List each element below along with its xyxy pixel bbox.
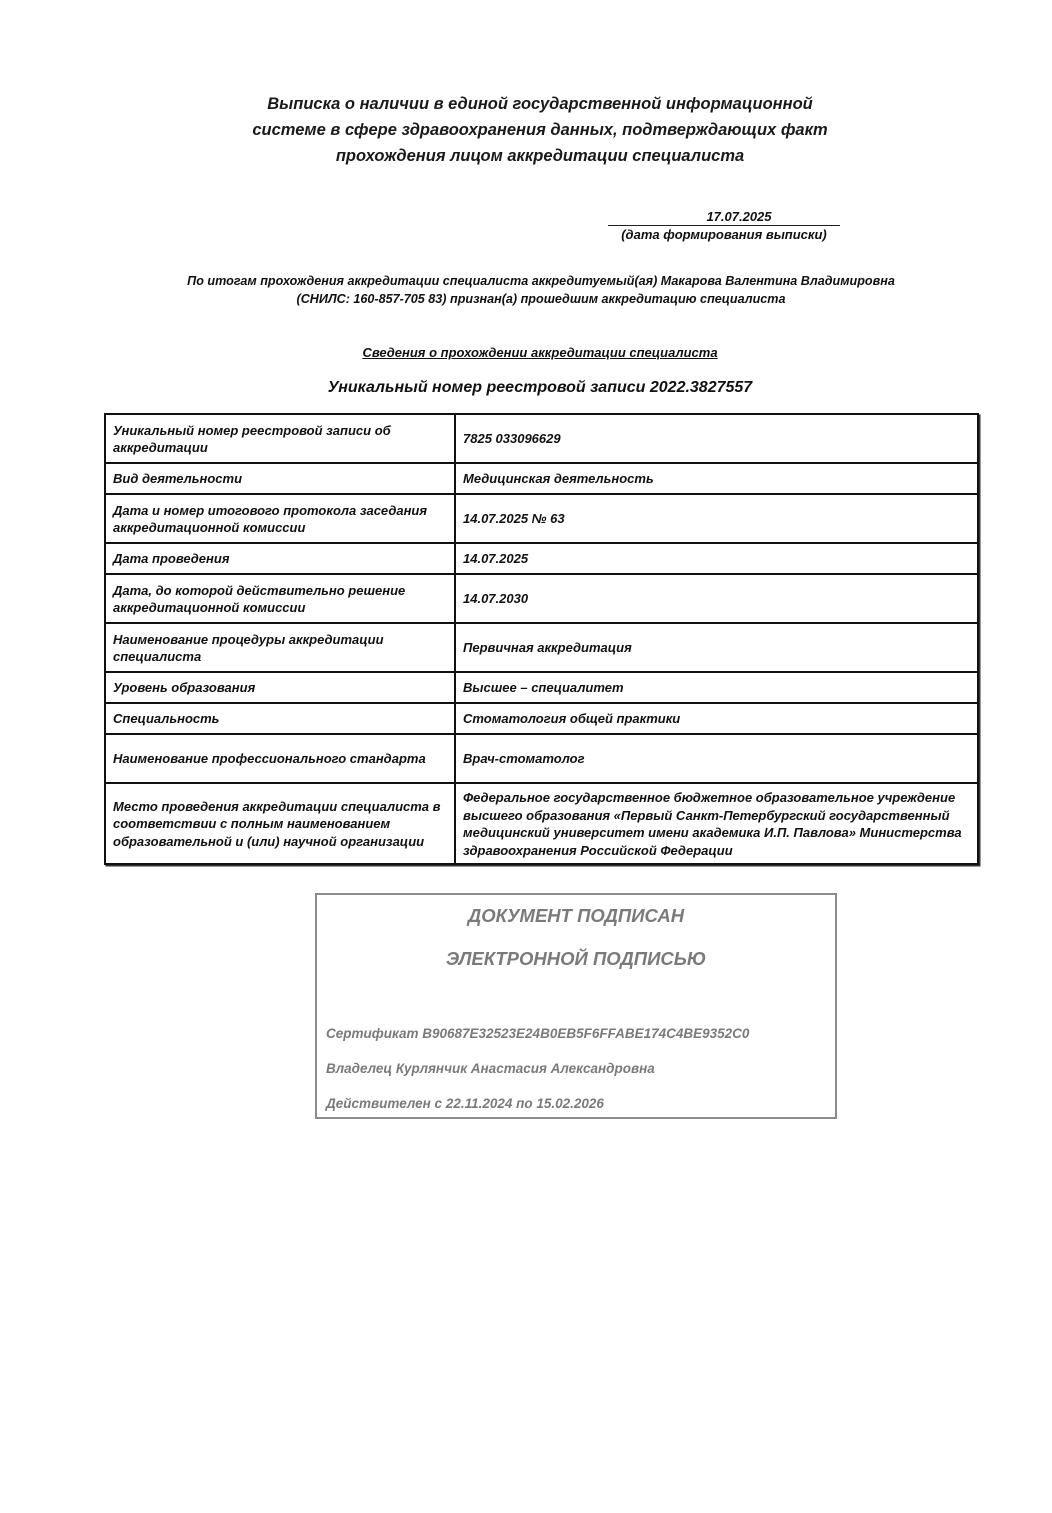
electronic-signature-stamp: ДОКУМЕНТ ПОДПИСАН ЭЛЕКТРОННОЙ ПОДПИСЬЮ С… (315, 893, 837, 1119)
row-label: Дата проведения (105, 543, 455, 574)
extract-date-caption: (дата формирования выписки) (608, 226, 840, 243)
table-row: Дата проведения 14.07.2025 (105, 543, 978, 574)
row-label: Уровень образования (105, 672, 455, 703)
row-label: Место проведения аккредитации специалист… (105, 783, 455, 864)
registry-number-heading: Уникальный номер реестровой записи 2022.… (200, 379, 880, 397)
row-value: Первичная аккредитация (455, 623, 978, 672)
table-row: Наименование профессионального стандарта… (105, 734, 978, 783)
stamp-owner: Владелец Курлянчик Анастасия Александров… (326, 1061, 655, 1076)
row-label: Специальность (105, 703, 455, 734)
section-heading: Сведения о прохождении аккредитации спец… (240, 345, 840, 360)
stamp-certificate: Сертификат B90687E32523E24B0EB5F6FFABE17… (326, 1026, 749, 1041)
row-value: 14.07.2030 (455, 574, 978, 623)
table-row: Дата и номер итогового протокола заседан… (105, 494, 978, 543)
table-row: Наименование процедуры аккредитации спец… (105, 623, 978, 672)
row-value: 14.07.2025 № 63 (455, 494, 978, 543)
intro-paragraph: По итогам прохождения аккредитации специ… (110, 273, 972, 308)
row-value: Федеральное государственное бюджетное об… (455, 783, 978, 864)
intro-line: (СНИЛС: 160-857-705 83) признан(а) проше… (110, 291, 972, 309)
table-row: Специальность Стоматология общей практик… (105, 703, 978, 734)
stamp-validity: Действителен с 22.11.2024 по 15.02.2026 (326, 1096, 604, 1111)
extract-date-block: 17.07.2025 (дата формирования выписки) (608, 208, 840, 243)
row-label: Наименование процедуры аккредитации спец… (105, 623, 455, 672)
accreditation-table: Уникальный номер реестровой записи об ак… (104, 413, 979, 865)
stamp-heading-line2: ЭЛЕКТРОННОЙ ПОДПИСЬЮ (317, 948, 835, 970)
row-value: 7825 033096629 (455, 414, 978, 463)
row-label: Наименование профессионального стандарта (105, 734, 455, 783)
stamp-heading-line1: ДОКУМЕНТ ПОДПИСАН (317, 905, 835, 927)
intro-line: По итогам прохождения аккредитации специ… (110, 273, 972, 291)
row-label: Уникальный номер реестровой записи об ак… (105, 414, 455, 463)
row-value: Стоматология общей практики (455, 703, 978, 734)
row-value: Врач-стоматолог (455, 734, 978, 783)
row-value: Медицинская деятельность (455, 463, 978, 494)
row-label: Дата и номер итогового протокола заседан… (105, 494, 455, 543)
row-label: Вид деятельности (105, 463, 455, 494)
document-title-line: системе в сфере здравоохранения данных, … (180, 117, 900, 143)
table-row: Уровень образования Высшее – специалитет (105, 672, 978, 703)
row-label: Дата, до которой действительно решение а… (105, 574, 455, 623)
table-row: Место проведения аккредитации специалист… (105, 783, 978, 864)
table-row: Уникальный номер реестровой записи об ак… (105, 414, 978, 463)
table-row: Вид деятельности Медицинская деятельност… (105, 463, 978, 494)
extract-date: 17.07.2025 (608, 208, 840, 226)
table-row: Дата, до которой действительно решение а… (105, 574, 978, 623)
row-value: Высшее – специалитет (455, 672, 978, 703)
document-title-line: прохождения лицом аккредитации специалис… (180, 143, 900, 169)
document-title: Выписка о наличии в единой государственн… (180, 91, 900, 169)
document-title-line: Выписка о наличии в единой государственн… (180, 91, 900, 117)
row-value: 14.07.2025 (455, 543, 978, 574)
